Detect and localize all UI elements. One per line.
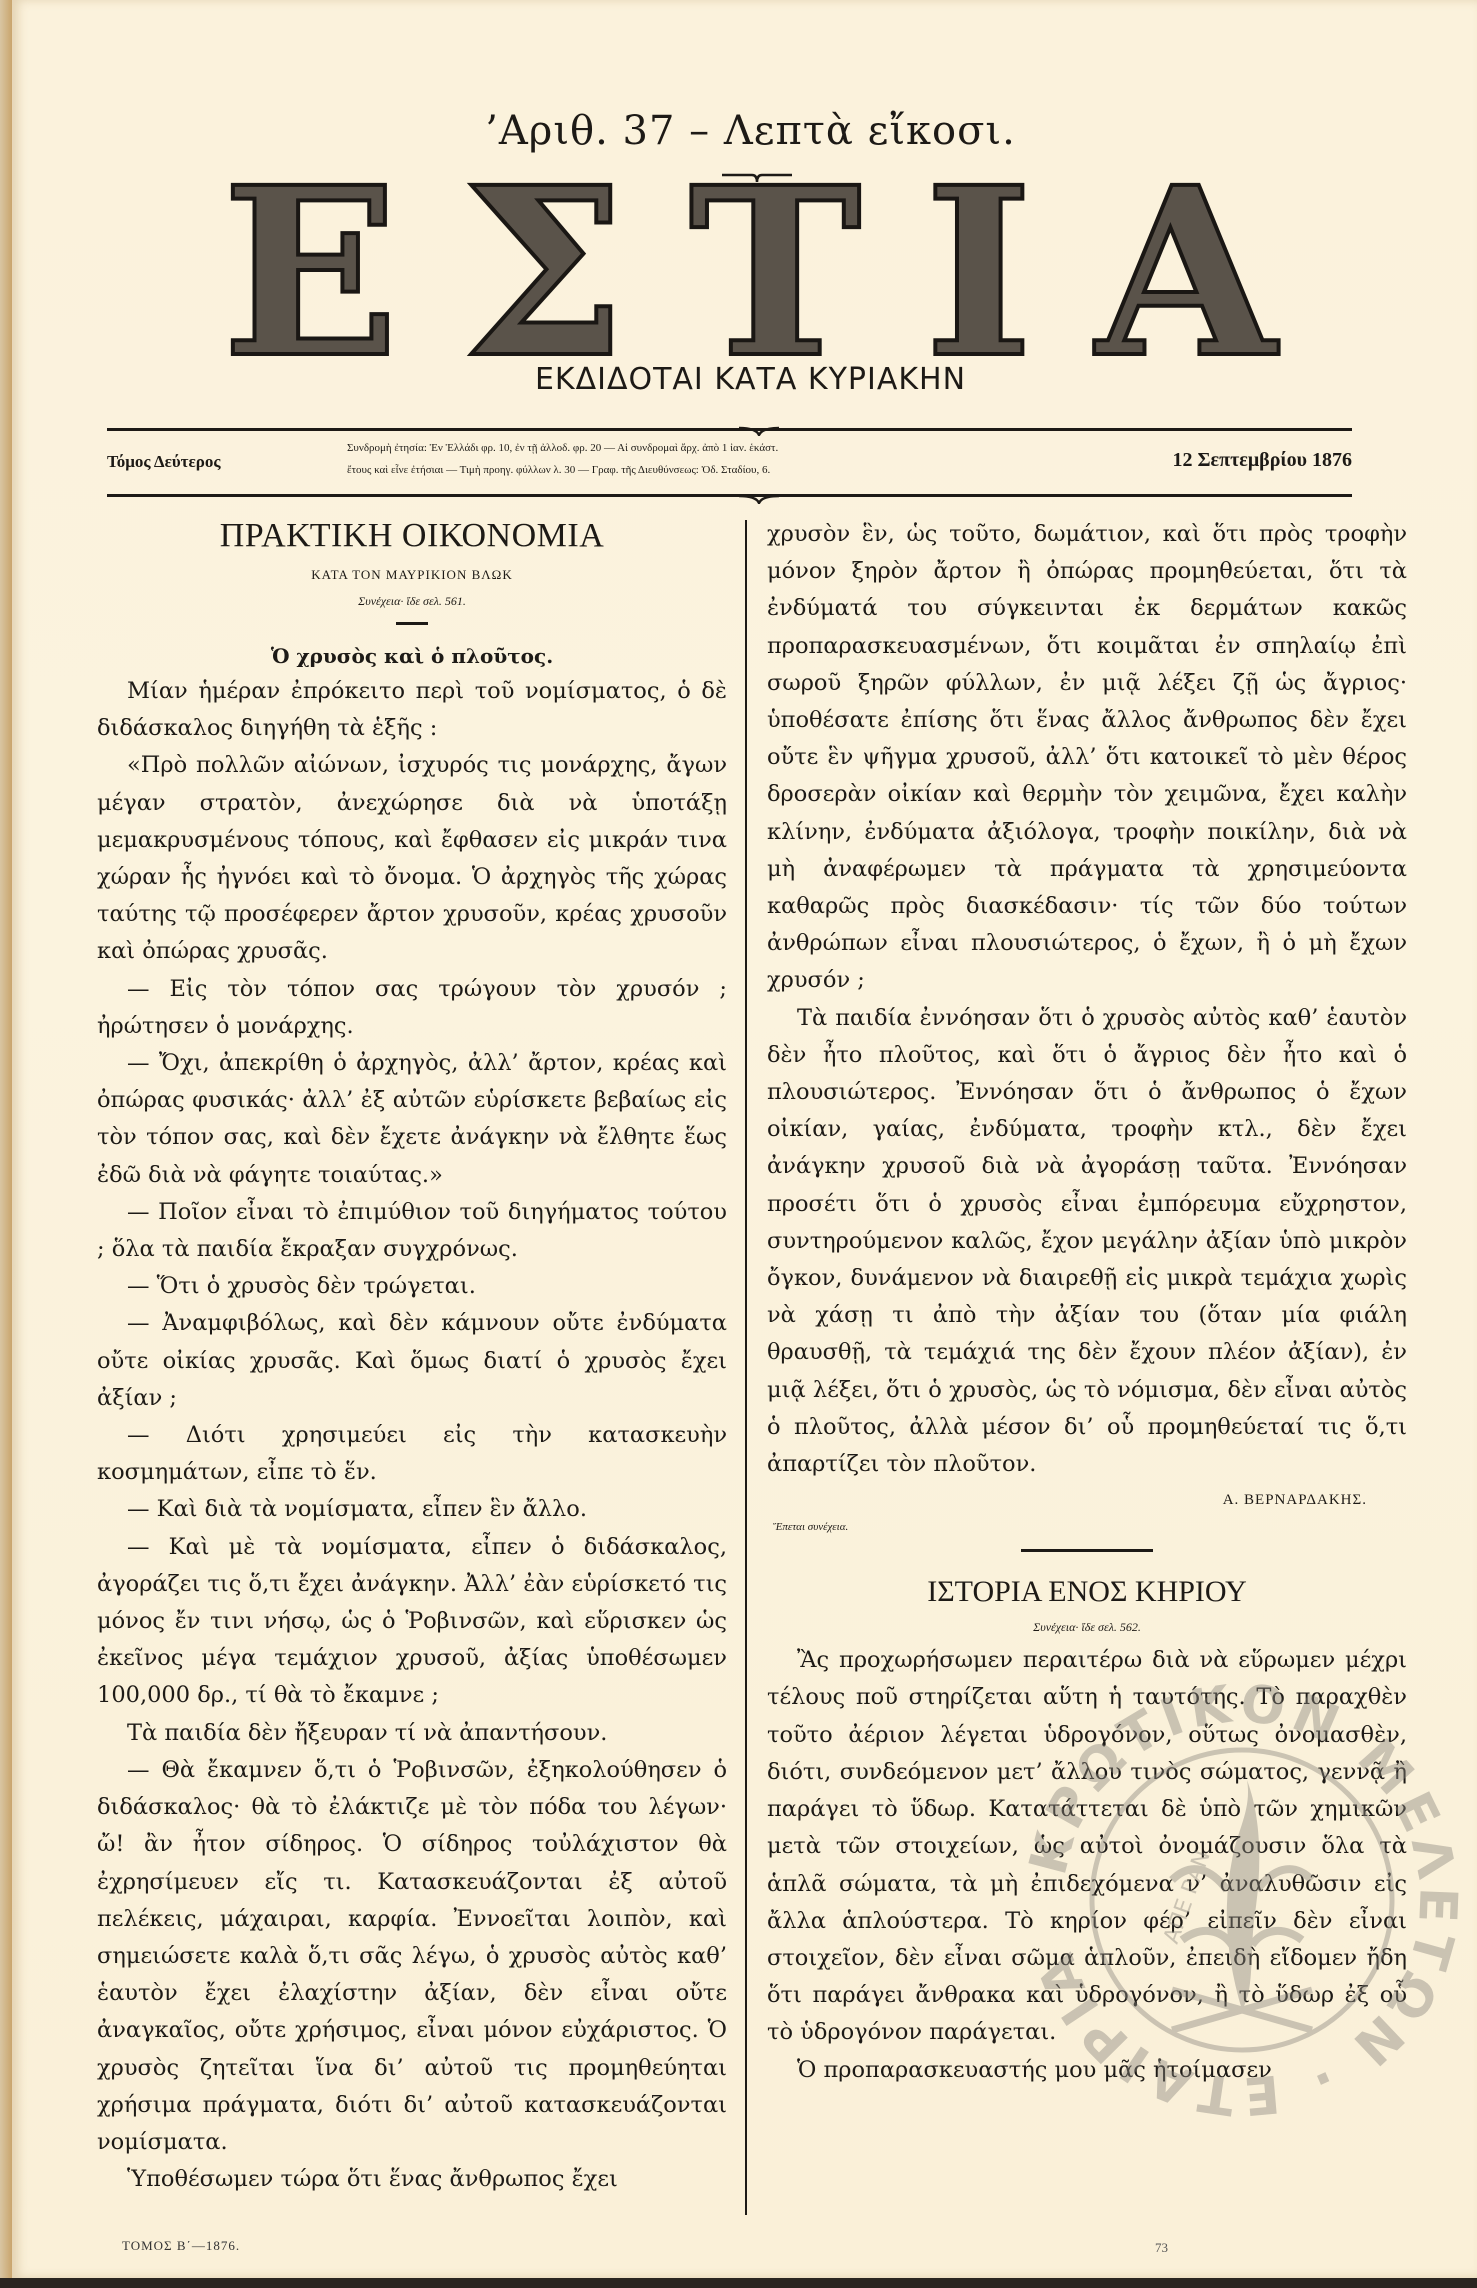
issue-meta-band: Τόμος Δεύτερος Συνδρομὴ ἐτησία: Ἐν Ἑλλάδ… (107, 437, 1352, 489)
paragraph: Ὑποθέσωμεν τώρα ὅτι ἕνας ἄνθρωπος ἔχει (97, 2161, 727, 2198)
title-letter: Τ (689, 178, 868, 368)
paragraph: — Καὶ διὰ τὰ νομίσματα, εἶπεν ἓν ἄλλο. (97, 1491, 727, 1528)
title-letter: Ε (222, 178, 405, 368)
article-title: ΙΣΤΟΡΙΑ ΕΝΟΣ ΚΗΡΙΟΥ (767, 1572, 1407, 1612)
page-bottom-edge (0, 2278, 1477, 2288)
continuation-note: Συνέχεια· ἴδε σελ. 561. (97, 586, 727, 616)
volume-footer: ΤΟΜΟΣ Β΄—1876. (122, 2238, 240, 2254)
paragraph: Μίαν ἡμέραν ἐπρόκειτο περὶ τοῦ νομίσματο… (97, 673, 727, 747)
rule-notch-icon (739, 422, 779, 436)
newspaper-title: Ε Σ Τ Ι Α (222, 178, 1282, 368)
author-signature: Α. ΒΕΡΝΑΡΔΑΚΗΣ. (767, 1483, 1407, 1517)
paragraph: Τὰ παιδία δὲν ἤξευραν τί νὰ ἀπαντήσουν. (97, 1715, 727, 1752)
paragraph: — Ὅτι ὁ χρυσὸς δὲν τρώγεται. (97, 1268, 727, 1305)
subscription-info: Συνδρομὴ ἐτησία: Ἐν Ἑλλάδι φρ. 10, ἐν τῇ… (347, 437, 1107, 481)
short-divider (396, 622, 428, 625)
paragraph: — Ὄχι, ἀπεκρίθη ὁ ἀρχηγὸς, ἀλλ’ ἄρτον, κ… (97, 1045, 727, 1194)
paragraph: «Πρὸ πολλῶν αἰώνων, ἰσχυρός τις μονάρχης… (97, 747, 727, 970)
paragraph: — Θὰ ἔκαμνεν ὅ,τι ὁ Ῥοβινσῶν, ἐξηκολούθη… (97, 1752, 727, 2161)
publication-frequency: ΕΚΔΙΔΟΤΑΙ ΚΑΤΑ ΚΥΡΙΑΚΗΝ (12, 362, 1477, 397)
paragraph: — Ποῖον εἶναι τὸ ἐπιμύθιον τοῦ διηγήματο… (97, 1194, 727, 1268)
article-divider (1021, 1549, 1153, 1552)
issue-date: 12 Σεπτεμβρίου 1876 (1172, 449, 1352, 472)
to-be-continued-note: Ἕπεται συνέχεια. (767, 1517, 1407, 1537)
newspaper-page: ’Αριθ. 37 – Λεπτὰ εἴκοσι. Ε Σ Τ Ι Α ΕΚΔΙ… (12, 0, 1477, 2278)
volume-label: Τόμος Δεύτερος (107, 452, 221, 472)
paragraph: — Εἰς τὸν τόπον σας τρώγουν τὸν χρυσόν ;… (97, 971, 727, 1045)
article-subtitle: ΚΑΤΑ ΤΟΝ ΜΑΥΡΙΚΙΟΝ ΒΛΩΚ (97, 564, 727, 586)
paragraph: Ἂς προχωρήσωμεν περαιτέρω διὰ νὰ εὕρωμεν… (767, 1642, 1407, 2051)
title-letter: Σ (462, 178, 632, 368)
paragraph: Τὰ παιδία ἐννόησαν ὅτι ὁ χρυσὸς αὐτὸς κα… (767, 1000, 1407, 1484)
masthead-rule-top (107, 428, 1352, 431)
paragraph: — Καὶ μὲ τὰ νομίσματα, εἶπεν ὁ διδάσκαλο… (97, 1529, 727, 1715)
column-left: ΠΡΑΚΤΙΚΗ ΟΙΚΟΝΟΜΙΑ ΚΑΤΑ ΤΟΝ ΜΑΥΡΙΚΙΟΝ ΒΛ… (97, 508, 727, 2198)
continuation-note: Συνέχεια· ἴδε σελ. 562. (767, 1612, 1407, 1642)
subscription-line: ἔτους καὶ εἶνε ἐτήσιαι — Τιμὴ προηγ. φύλ… (347, 459, 1107, 481)
article-title: ΠΡΑΚΤΙΚΗ ΟΙΚΟΝΟΜΙΑ (97, 514, 727, 558)
title-letter: Ι (924, 178, 1039, 368)
section-heading: Ὁ χρυσὸς καὶ ὁ πλοῦτος. (97, 639, 727, 673)
column-divider (745, 520, 747, 2215)
masthead-rule-bottom (107, 494, 1352, 497)
paragraph: Ὁ προπαρασκευαστής μου μᾶς ἡτοίμασεν (767, 2052, 1407, 2089)
paragraph: — Ἀναμφιβόλως, καὶ δὲν κάμνουν οὔτε ἐνδύ… (97, 1305, 727, 1417)
subscription-line: Συνδρομὴ ἐτησία: Ἐν Ἑλλάδι φρ. 10, ἐν τῇ… (347, 437, 1107, 459)
page-number: 73 (1155, 2240, 1168, 2256)
page-binding-edge (0, 0, 12, 2288)
rule-notch-icon (739, 490, 779, 504)
paragraph: — Διότι χρησιμεύει εἰς τὴν κατασκευὴν κο… (97, 1417, 727, 1491)
column-right: χρυσὸν ἓν, ὡς τοῦτο, δωμάτιον, καὶ ὅτι π… (767, 516, 1407, 2089)
paragraph-continuation: χρυσὸν ἓν, ὡς τοῦτο, δωμάτιον, καὶ ὅτι π… (767, 516, 1407, 1000)
title-letter: Α (1096, 178, 1282, 368)
